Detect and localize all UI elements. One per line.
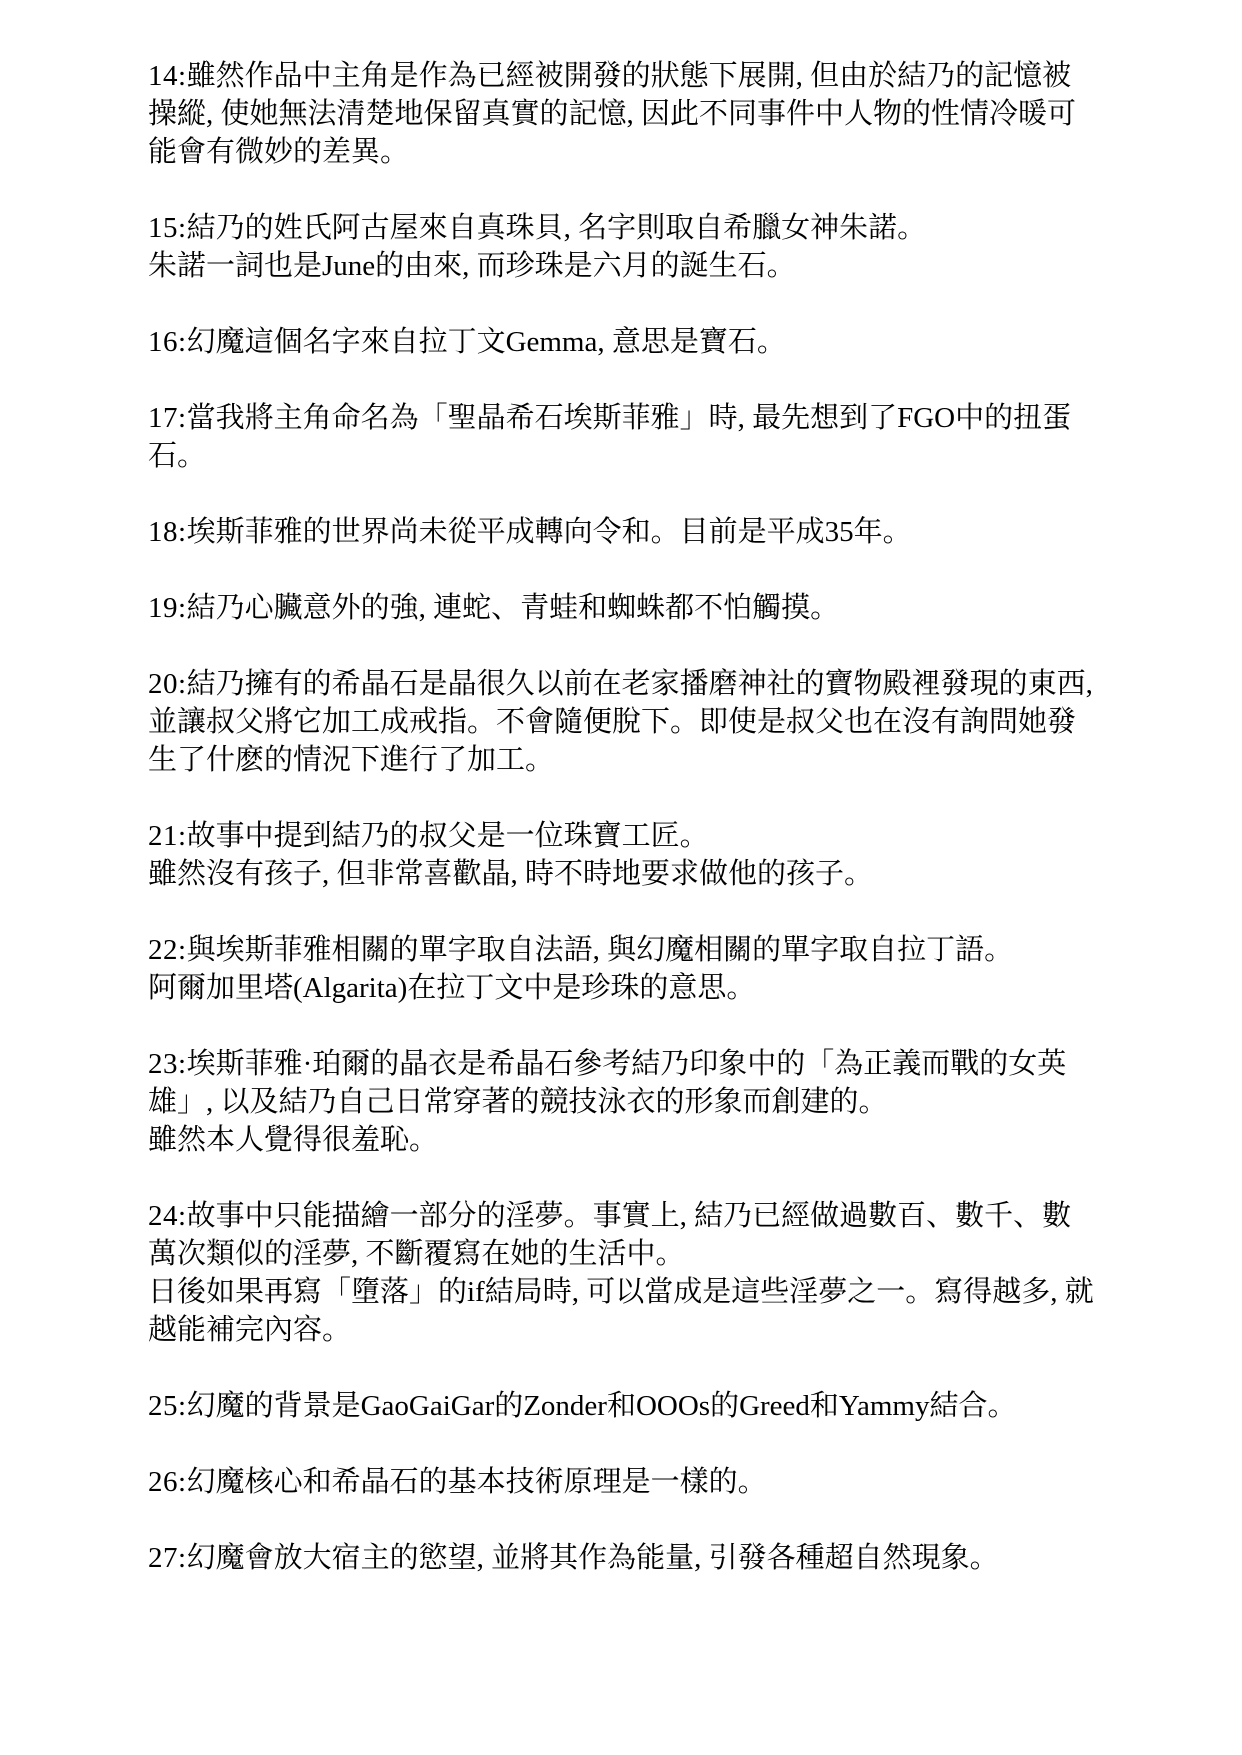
trivia-line: 17:當我將主角命名為「聖晶希石埃斯菲雅」時, 最先想到了FGO中的扭蛋石。 [148, 399, 1094, 475]
trivia-item-22: 22:與埃斯菲雅相關的單字取自法語, 與幻魔相關的單字取自拉丁語。 阿爾加里塔(… [148, 931, 1094, 1007]
item-text: 幻魔會放大宿主的慾望, 並將其作為能量, 引發各種超自然現象。 [187, 1542, 999, 1574]
trivia-item-16: 16:幻魔這個名字來自拉丁文Gemma, 意思是寶石。 [148, 323, 1094, 361]
item-number: 14: [148, 60, 187, 92]
item-text: 幻魔的背景是GaoGaiGar的Zonder和OOOs的Greed和Yammy結… [187, 1390, 1017, 1422]
document-page: 14:雖然作品中主角是作為已經被開發的狀態下展開, 但由於結乃的記憶被操縱, 使… [0, 0, 1242, 1577]
trivia-item-14: 14:雖然作品中主角是作為已經被開發的狀態下展開, 但由於結乃的記憶被操縱, 使… [148, 57, 1094, 171]
trivia-line: 27:幻魔會放大宿主的慾望, 並將其作為能量, 引發各種超自然現象。 [148, 1539, 1094, 1577]
trivia-line: 雖然沒有孩子, 但非常喜歡晶, 時不時地要求做他的孩子。 [148, 855, 1094, 893]
item-number: 16: [148, 326, 187, 358]
item-text: 結乃擁有的希晶石是晶很久以前在老家播磨神社的寶物殿裡發現的東西, 並讓叔父將它加… [148, 668, 1093, 776]
item-text: 故事中提到結乃的叔父是一位珠寶工匠。 [187, 820, 709, 852]
trivia-line: 15:結乃的姓氏阿古屋來自真珠貝, 名字則取自希臘女神朱諾。 [148, 209, 1094, 247]
trivia-item-17: 17:當我將主角命名為「聖晶希石埃斯菲雅」時, 最先想到了FGO中的扭蛋石。 [148, 399, 1094, 475]
item-text: 當我將主角命名為「聖晶希石埃斯菲雅」時, 最先想到了FGO中的扭蛋石。 [148, 402, 1071, 472]
item-text: 日後如果再寫「墮落」的if結局時, 可以當成是這些淫夢之一。寫得越多, 就越能補… [148, 1276, 1094, 1346]
item-text: 埃斯菲雅的世界尚未從平成轉向令和。目前是平成35年。 [187, 516, 912, 548]
item-text: 雖然沒有孩子, 但非常喜歡晶, 時不時地要求做他的孩子。 [148, 858, 873, 890]
trivia-line: 阿爾加里塔(Algarita)在拉丁文中是珍珠的意思。 [148, 969, 1094, 1007]
item-number: 23: [148, 1048, 187, 1080]
item-number: 17: [148, 402, 187, 434]
trivia-line: 雖然本人覺得很羞恥。 [148, 1121, 1094, 1159]
trivia-line: 14:雖然作品中主角是作為已經被開發的狀態下展開, 但由於結乃的記憶被操縱, 使… [148, 57, 1094, 171]
item-number: 24: [148, 1200, 187, 1232]
item-text: 幻魔這個名字來自拉丁文Gemma, 意思是寶石。 [187, 326, 786, 358]
item-text: 幻魔核心和希晶石的基本技術原理是一樣的。 [187, 1466, 767, 1498]
item-number: 21: [148, 820, 187, 852]
trivia-item-26: 26:幻魔核心和希晶石的基本技術原理是一樣的。 [148, 1463, 1094, 1501]
trivia-item-21: 21:故事中提到結乃的叔父是一位珠寶工匠。 雖然沒有孩子, 但非常喜歡晶, 時不… [148, 817, 1094, 893]
trivia-line: 22:與埃斯菲雅相關的單字取自法語, 與幻魔相關的單字取自拉丁語。 [148, 931, 1094, 969]
item-number: 20: [148, 668, 187, 700]
item-text: 結乃的姓氏阿古屋來自真珠貝, 名字則取自希臘女神朱諾。 [187, 212, 927, 244]
item-text: 雖然作品中主角是作為已經被開發的狀態下展開, 但由於結乃的記憶被操縱, 使她無法… [148, 60, 1076, 168]
item-number: 15: [148, 212, 187, 244]
trivia-line: 20:結乃擁有的希晶石是晶很久以前在老家播磨神社的寶物殿裡發現的東西, 並讓叔父… [148, 665, 1094, 779]
trivia-item-19: 19:結乃心臟意外的強, 連蛇、青蛙和蜘蛛都不怕觸摸。 [148, 589, 1094, 627]
trivia-line: 26:幻魔核心和希晶石的基本技術原理是一樣的。 [148, 1463, 1094, 1501]
item-number: 22: [148, 934, 187, 966]
trivia-line: 25:幻魔的背景是GaoGaiGar的Zonder和OOOs的Greed和Yam… [148, 1387, 1094, 1425]
trivia-line: 21:故事中提到結乃的叔父是一位珠寶工匠。 [148, 817, 1094, 855]
trivia-line: 19:結乃心臟意外的強, 連蛇、青蛙和蜘蛛都不怕觸摸。 [148, 589, 1094, 627]
trivia-line: 日後如果再寫「墮落」的if結局時, 可以當成是這些淫夢之一。寫得越多, 就越能補… [148, 1273, 1094, 1349]
trivia-item-15: 15:結乃的姓氏阿古屋來自真珠貝, 名字則取自希臘女神朱諾。 朱諾一詞也是Jun… [148, 209, 1094, 285]
item-text: 與埃斯菲雅相關的單字取自法語, 與幻魔相關的單字取自拉丁語。 [187, 934, 1014, 966]
item-text: 阿爾加里塔(Algarita)在拉丁文中是珍珠的意思。 [148, 972, 755, 1004]
trivia-item-18: 18:埃斯菲雅的世界尚未從平成轉向令和。目前是平成35年。 [148, 513, 1094, 551]
item-text: 埃斯菲雅·珀爾的晶衣是希晶石參考結乃印象中的「為正義而戰的女英雄」, 以及結乃自… [148, 1048, 1066, 1118]
item-text: 結乃心臟意外的強, 連蛇、青蛙和蜘蛛都不怕觸摸。 [187, 592, 840, 624]
trivia-item-24: 24:故事中只能描繪一部分的淫夢。事實上, 結乃已經做過數百、數千、數萬次類似的… [148, 1197, 1094, 1349]
trivia-item-20: 20:結乃擁有的希晶石是晶很久以前在老家播磨神社的寶物殿裡發現的東西, 並讓叔父… [148, 665, 1094, 779]
trivia-line: 24:故事中只能描繪一部分的淫夢。事實上, 結乃已經做過數百、數千、數萬次類似的… [148, 1197, 1094, 1273]
trivia-item-23: 23:埃斯菲雅·珀爾的晶衣是希晶石參考結乃印象中的「為正義而戰的女英雄」, 以及… [148, 1045, 1094, 1159]
item-text: 雖然本人覺得很羞恥。 [148, 1124, 438, 1156]
trivia-line: 朱諾一詞也是June的由來, 而珍珠是六月的誕生石。 [148, 247, 1094, 285]
item-number: 25: [148, 1390, 187, 1422]
item-text: 故事中只能描繪一部分的淫夢。事實上, 結乃已經做過數百、數千、數萬次類似的淫夢,… [148, 1200, 1071, 1270]
item-number: 18: [148, 516, 187, 548]
trivia-line: 18:埃斯菲雅的世界尚未從平成轉向令和。目前是平成35年。 [148, 513, 1094, 551]
item-number: 27: [148, 1542, 187, 1574]
item-text: 朱諾一詞也是June的由來, 而珍珠是六月的誕生石。 [148, 250, 796, 282]
item-number: 26: [148, 1466, 187, 1498]
trivia-line: 23:埃斯菲雅·珀爾的晶衣是希晶石參考結乃印象中的「為正義而戰的女英雄」, 以及… [148, 1045, 1094, 1121]
trivia-item-27: 27:幻魔會放大宿主的慾望, 並將其作為能量, 引發各種超自然現象。 [148, 1539, 1094, 1577]
trivia-item-25: 25:幻魔的背景是GaoGaiGar的Zonder和OOOs的Greed和Yam… [148, 1387, 1094, 1425]
item-number: 19: [148, 592, 187, 624]
trivia-line: 16:幻魔這個名字來自拉丁文Gemma, 意思是寶石。 [148, 323, 1094, 361]
